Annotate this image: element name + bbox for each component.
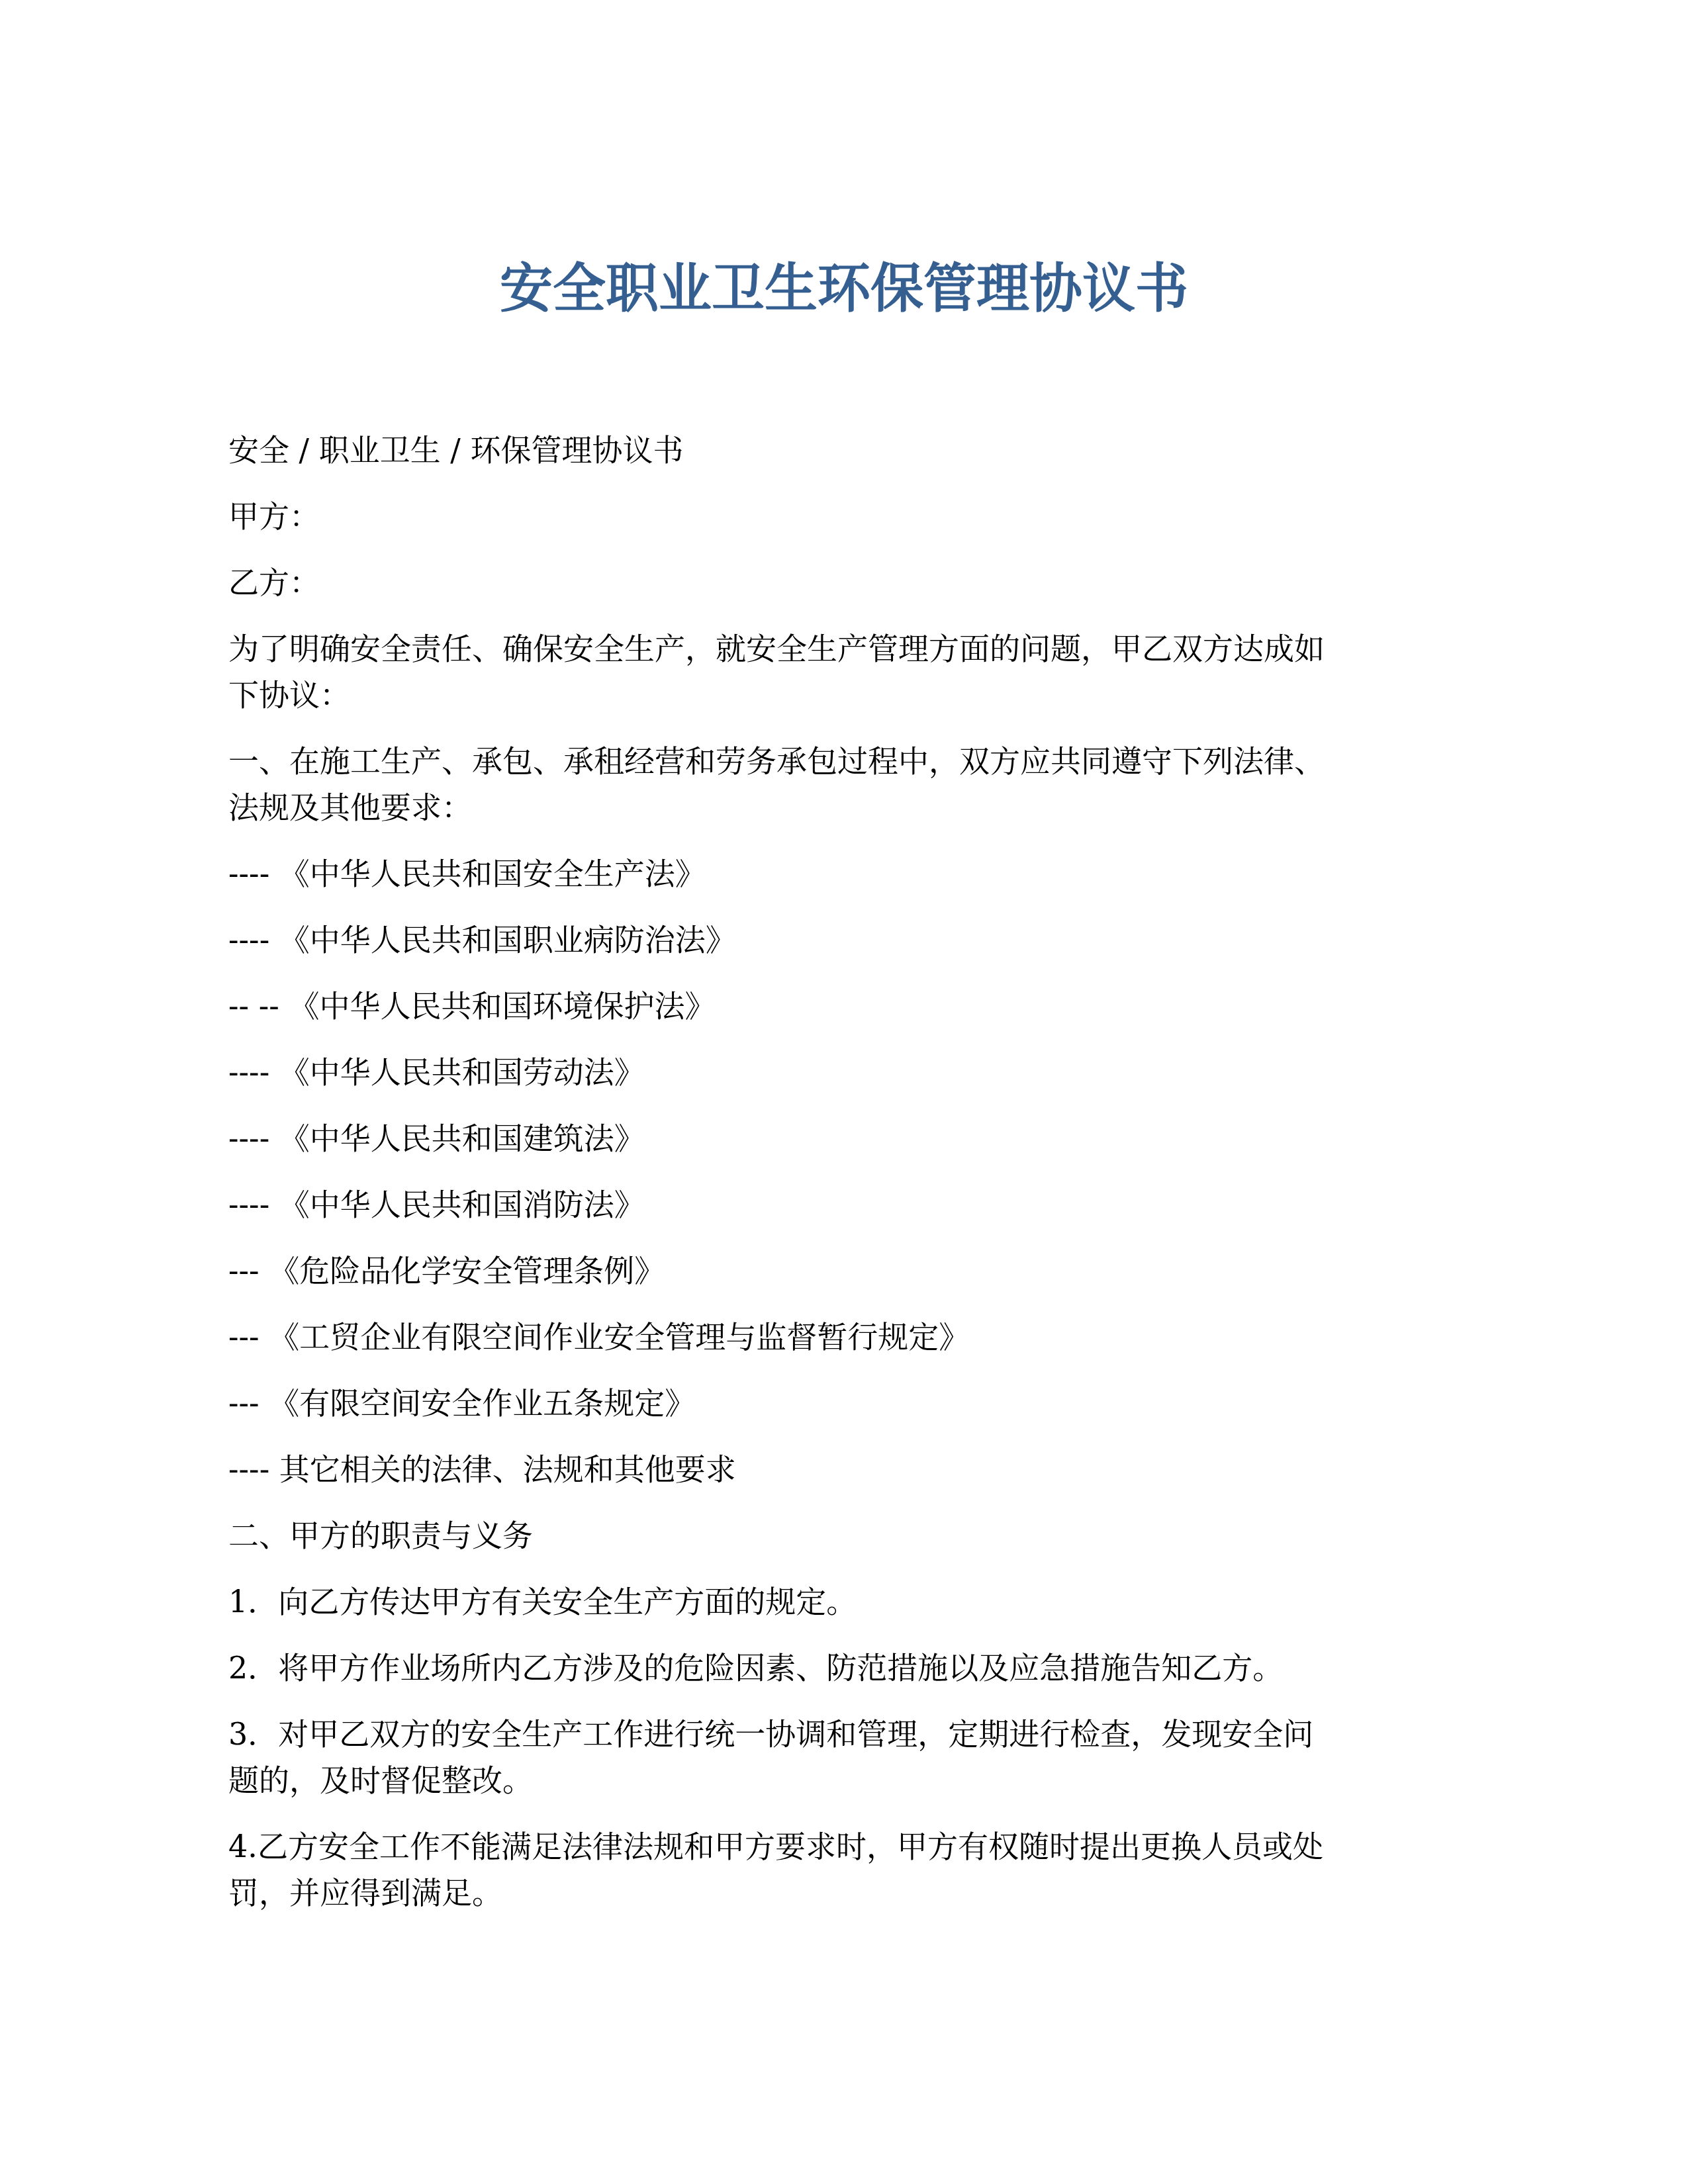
law-list-item: --- 《工贸企业有限空间作业安全管理与监督暂行规定》 — [228, 1314, 1466, 1360]
clause-paragraph: 4.乙方安全工作不能满足法律法规和甲方要求时，甲方有权随时提出更换人员或处 罚，… — [228, 1823, 1466, 1916]
law-list-item: ---- 《中华人民共和国劳动法》 — [228, 1049, 1466, 1095]
law-list-item: ---- 《中华人民共和国安全生产法》 — [228, 850, 1466, 897]
document-title: 安全职业卫生环保管理协议书 — [199, 255, 1489, 321]
clause-paragraph: 2．将甲方作业场所内乙方涉及的危险因素、防范措施以及应急措施告知乙方。 — [228, 1645, 1466, 1691]
law-list-item: --- 《危险品化学安全管理条例》 — [228, 1248, 1466, 1294]
party-a-label: 甲方： — [228, 493, 1466, 539]
section-2-heading: 二、甲方的职责与义务 — [228, 1512, 1466, 1559]
subtitle-line: 安全 / 职业卫生 / 环保管理协议书 — [228, 427, 1466, 473]
clause-paragraph: 1．向乙方传达甲方有关安全生产方面的规定。 — [228, 1578, 1466, 1625]
law-list-item: -- -- 《中华人民共和国环境保护法》 — [228, 983, 1466, 1029]
party-b-label: 乙方： — [228, 559, 1466, 606]
law-list-item: ---- 《中华人民共和国消防法》 — [228, 1181, 1466, 1228]
section-1-heading: 一、在施工生产、承包、承租经营和劳务承包过程中，双方应共同遵守下列法律、 法规及… — [228, 738, 1466, 831]
document-page: 安全职业卫生环保管理协议书 安全 / 职业卫生 / 环保管理协议书 甲方： 乙方… — [0, 0, 1688, 2184]
document-body: 安全 / 职业卫生 / 环保管理协议书 甲方： 乙方： 为了明确安全责任、确保安… — [228, 427, 1466, 1936]
law-list-item: ---- 《中华人民共和国建筑法》 — [228, 1115, 1466, 1161]
law-list-item: ---- 其它相关的法律、法规和其他要求 — [228, 1446, 1466, 1492]
clause-paragraph: 3．对甲乙双方的安全生产工作进行统一协调和管理，定期进行检查，发现安全问 题的，… — [228, 1711, 1466, 1803]
law-list-item: --- 《有限空间安全作业五条规定》 — [228, 1380, 1466, 1426]
law-list-item: ---- 《中华人民共和国职业病防治法》 — [228, 917, 1466, 963]
preamble-paragraph: 为了明确安全责任、确保安全生产，就安全生产管理方面的问题，甲乙双方达成如 下协议… — [228, 625, 1466, 718]
